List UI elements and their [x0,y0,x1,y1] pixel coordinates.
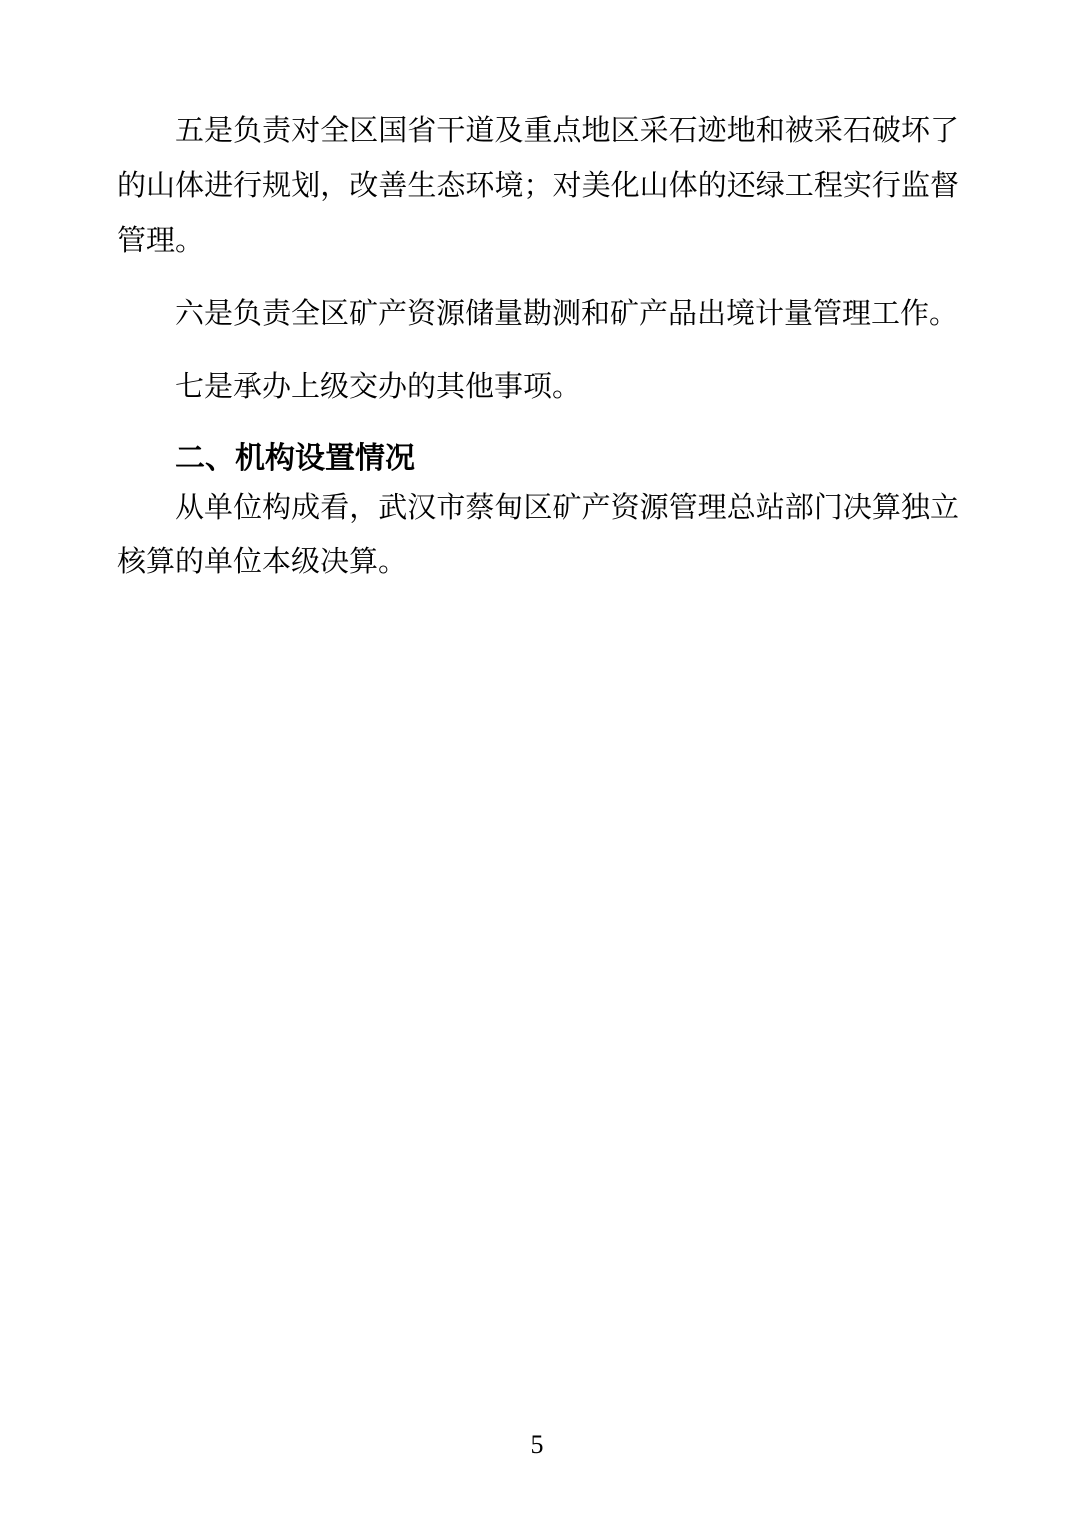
body-paragraph-duty-7: 七是承办上级交办的其他事项。 [117,360,959,415]
page-number: 5 [0,1427,1074,1463]
body-paragraph-org-setup: 从单位构成看，武汉市蔡甸区矿产资源管理总站部门决算独立核算的单位本级决算。 [117,481,959,589]
body-paragraph-duty-5: 五是负责对全区国省干道及重点地区采石迹地和被采石破坏了的山体进行规划，改善生态环… [117,104,959,269]
document-content: 五是负责对全区国省干道及重点地区采石迹地和被采石破坏了的山体进行规划，改善生态环… [117,104,959,589]
body-paragraph-duty-6: 六是负责全区矿产资源储量勘测和矿产品出境计量管理工作。 [117,287,959,342]
section-heading: 二、机构设置情况 [117,437,959,481]
document-page: 五是负责对全区国省干道及重点地区采石迹地和被采石破坏了的山体进行规划，改善生态环… [0,0,1074,1520]
